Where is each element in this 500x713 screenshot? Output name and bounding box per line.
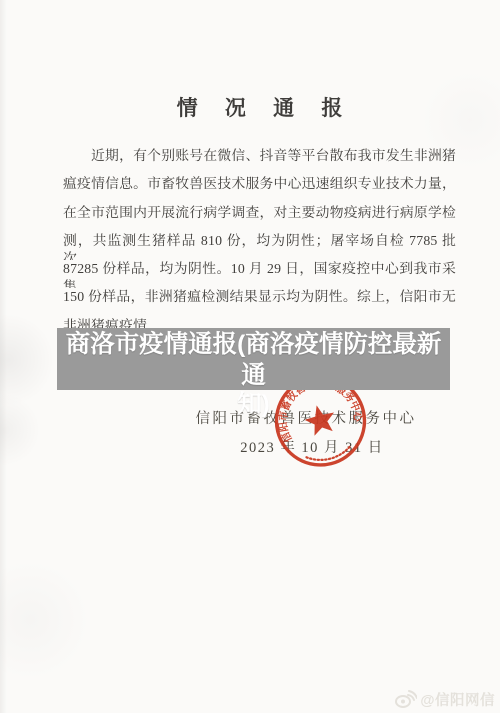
body-line: 87285 份样品，均为阴性。10 月 29 日，国家疫控中心到我市采集 bbox=[63, 260, 456, 288]
body-line: 瘟疫情信息。市畜牧兽医技术服务中心迅速组织专业技术力量， bbox=[63, 175, 456, 203]
weibo-icon bbox=[395, 690, 417, 708]
watermark-text: @信阳网信 bbox=[420, 689, 495, 710]
body-line: 测，共监测生猪样品 810 份，均为阴性；屠宰场自检 7785 批次、 bbox=[63, 232, 456, 260]
body-line: 150 份样品，非洲猪瘟检测结果显示均为阴性。综上，信阳市无 bbox=[63, 288, 456, 316]
watermark: @信阳网信 bbox=[395, 688, 495, 710]
document-title: 情 况 通 报 bbox=[63, 92, 456, 122]
headline-overlay: 商洛市疫情通报(商洛疫情防控最新通 知) bbox=[57, 328, 450, 390]
headline-line-2: 知) bbox=[57, 391, 450, 419]
seal-code-dots bbox=[306, 446, 351, 464]
notice-body: 近期，有个别账号在微信、抖音等平台散布我市发生非洲猪 瘟疫情信息。市畜牧兽医技术… bbox=[63, 147, 456, 345]
headline-line-1: 商洛市疫情通报(商洛疫情防控最新通 bbox=[57, 329, 450, 391]
body-line: 在全市范围内开展流行病学调查，对主要动物疫病进行病原学检 bbox=[63, 204, 456, 232]
scanned-notice-page: 情 况 通 报 近期，有个别账号在微信、抖音等平台散布我市发生非洲猪 瘟疫情信息… bbox=[0, 0, 500, 713]
body-line: 近期，有个别账号在微信、抖音等平台散布我市发生非洲猪 bbox=[63, 147, 456, 175]
